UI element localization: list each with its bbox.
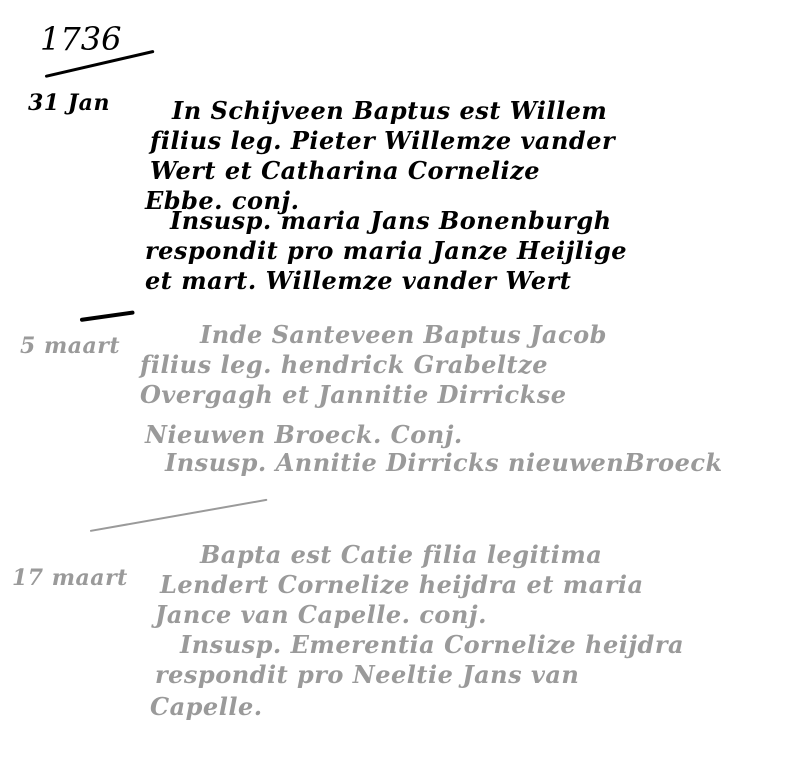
entry-separator [90,499,268,532]
entry-line: Overgagh et Jannitie Dirrickse [140,380,567,409]
entry-line: filius leg. Pieter Willemze vander [150,126,615,155]
entry-line: Lendert Cornelize heijdra et maria [160,570,644,599]
entry-line: et mart. Willemze vander Wert [145,266,571,295]
entry-date: 17 maart [12,565,128,591]
entry-line: Wert et Catharina Cornelize [150,156,540,185]
entry-date: 5 maart [20,333,120,359]
entry-line: Capelle. [150,692,263,721]
entry-line: In Schijveen Baptus est Willem [172,96,607,125]
register-page: 1736 31 Jan In Schijveen Baptus est Will… [0,0,800,760]
entry-line: Bapta est Catie filia legitima [200,540,602,569]
entry-line: Jance van Capelle. conj. [155,600,487,629]
entry-line: Nieuwen Broeck. Conj. [145,420,463,449]
entry-line: filius leg. hendrick Grabeltze [140,350,548,379]
entry-line: respondit pro maria Janze Heijlige [145,236,627,265]
entry-line: Insusp. Annitie Dirricks nieuwenBroeck [165,448,723,477]
year-heading: 1736 [40,20,121,58]
entry-line: Inde Santeveen Baptus Jacob [200,320,607,349]
entry-date: 31 Jan [28,90,110,116]
entry-line: Insusp. maria Jans Bonenburgh [170,206,612,235]
entry-separator [80,310,135,322]
entry-line: Insusp. Emerentia Cornelize heijdra [180,630,684,659]
entry-line: respondit pro Neeltie Jans van [155,660,579,689]
